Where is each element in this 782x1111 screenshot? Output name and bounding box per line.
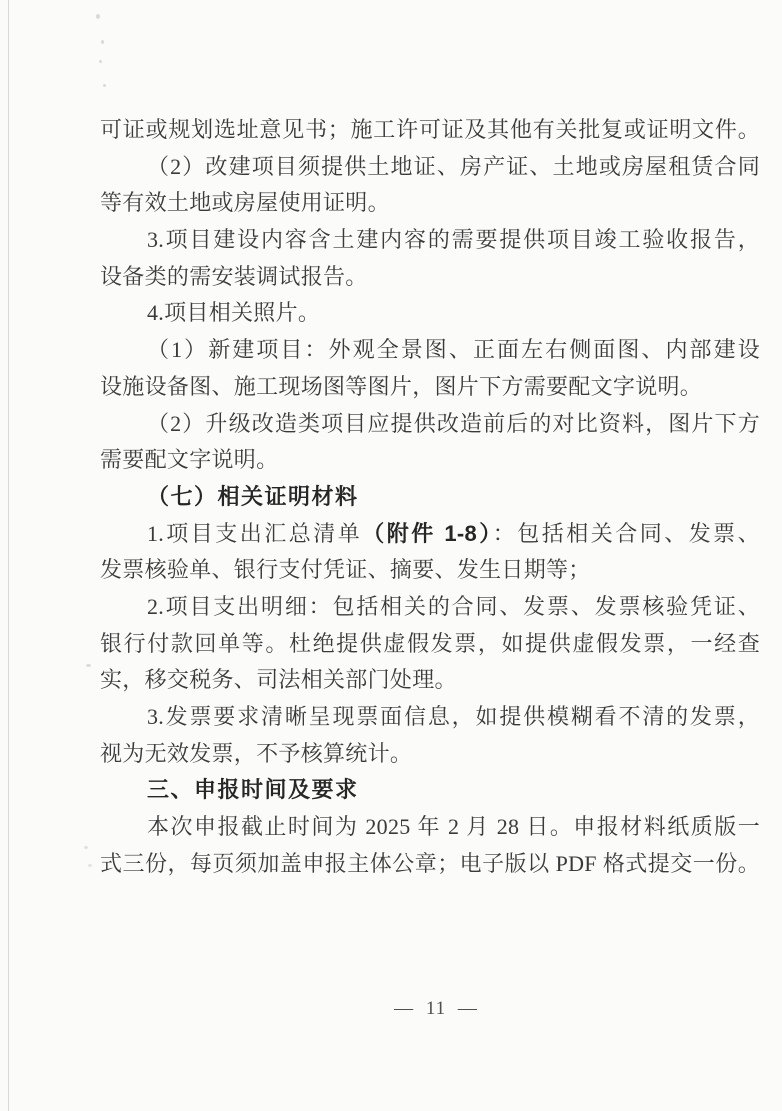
text-segment: 2.项目支出明细：包括相关的合同、发票、发票核验凭证、 bbox=[147, 594, 760, 619]
bold-text-segment: （七）相关证明材料 bbox=[147, 484, 359, 509]
scan-edge-artifact bbox=[8, 0, 9, 1111]
text-line: 本次申报截止时间为 2025 年 2 月 28 日。申报材料纸质版一 bbox=[100, 809, 760, 846]
text-segment: 等有效土地或房屋使用证明。 bbox=[100, 190, 390, 215]
text-segment: 可证或规划选址意见书；施工许可证及其他有关批复或证明文件。 bbox=[100, 117, 760, 142]
text-segment: 需要配文字说明。 bbox=[100, 447, 278, 472]
scan-speck bbox=[103, 84, 106, 87]
text-line: 3.项目建设内容含土建内容的需要提供项目竣工验收报告， bbox=[100, 222, 760, 259]
text-segment: 设施设备图、施工现场图等图片，图片下方需要配文字说明。 bbox=[100, 374, 702, 399]
text-segment: 3.发票要求清晰呈现票面信息，如提供模糊看不清的发票， bbox=[147, 704, 760, 729]
scan-speck bbox=[101, 40, 104, 44]
text-segment: 式三份，每页须加盖申报主体公章；电子版以 PDF 格式提交一份。 bbox=[100, 851, 760, 876]
text-segment: 4.项目相关照片。 bbox=[147, 300, 320, 325]
text-line: 设备类的需安装调试报告。 bbox=[100, 259, 760, 296]
text-line: 2.项目支出明细：包括相关的合同、发票、发票核验凭证、 bbox=[100, 589, 760, 626]
bold-text-segment: （附件 1-8） bbox=[362, 521, 492, 546]
text-segment: （2）改建项目须提供土地证、房产证、土地或房屋租赁合同 bbox=[147, 154, 760, 179]
bold-text-segment: 三、申报时间及要求 bbox=[147, 777, 359, 802]
text-line: 等有效土地或房屋使用证明。 bbox=[100, 185, 760, 222]
text-segment: 本次申报截止时间为 2025 年 2 月 28 日。申报材料纸质版一 bbox=[147, 814, 760, 839]
text-line: 可证或规划选址意见书；施工许可证及其他有关批复或证明文件。 bbox=[100, 112, 760, 149]
text-segment: 发票核验单、银行支付凭证、摘要、发生日期等； bbox=[100, 557, 591, 582]
document-body: 可证或规划选址意见书；施工许可证及其他有关批复或证明文件。（2）改建项目须提供土… bbox=[100, 112, 760, 882]
scan-speck bbox=[96, 14, 100, 19]
text-segment: 视为无效发票，不予核算统计。 bbox=[100, 741, 412, 766]
text-segment: 3.项目建设内容含土建内容的需要提供项目竣工验收报告， bbox=[147, 227, 760, 252]
text-line: 3.发票要求清晰呈现票面信息，如提供模糊看不清的发票， bbox=[100, 699, 760, 736]
page-number: — 11 — bbox=[394, 998, 478, 1019]
heading-line: （七）相关证明材料 bbox=[100, 479, 760, 516]
text-segment: （2）升级改造类项目应提供改造前后的对比资料，图片下方 bbox=[147, 411, 760, 436]
text-line: 实，移交税务、司法相关部门处理。 bbox=[100, 662, 760, 699]
text-line: 式三份，每页须加盖申报主体公章；电子版以 PDF 格式提交一份。 bbox=[100, 846, 760, 883]
text-line: （2）改建项目须提供土地证、房产证、土地或房屋租赁合同 bbox=[100, 149, 760, 186]
text-line: 设施设备图、施工现场图等图片，图片下方需要配文字说明。 bbox=[100, 369, 760, 406]
scan-speck bbox=[84, 846, 88, 849]
page-footer: — 11 — bbox=[106, 998, 766, 1020]
text-line: 银行付款回单等。杜绝提供虚假发票，如提供虚假发票，一经查 bbox=[100, 626, 760, 663]
text-line: （1）新建项目：外观全景图、正面左右侧面图、内部建设图、 bbox=[100, 332, 760, 369]
text-segment: 实，移交税务、司法相关部门处理。 bbox=[100, 667, 457, 692]
text-segment: 设备类的需安装调试报告。 bbox=[100, 264, 368, 289]
scan-speck bbox=[86, 664, 91, 667]
scan-speck bbox=[88, 864, 92, 867]
text-line: （2）升级改造类项目应提供改造前后的对比资料，图片下方 bbox=[100, 406, 760, 443]
text-line: 4.项目相关照片。 bbox=[100, 295, 760, 332]
document-page: 可证或规划选址意见书；施工许可证及其他有关批复或证明文件。（2）改建项目须提供土… bbox=[0, 0, 782, 1111]
text-line: 需要配文字说明。 bbox=[100, 442, 760, 479]
heading-line: 三、申报时间及要求 bbox=[100, 772, 760, 809]
text-line: 1.项目支出汇总清单（附件 1-8）：包括相关合同、发票、 bbox=[100, 516, 760, 553]
scan-speck bbox=[99, 60, 102, 63]
text-segment: 银行付款回单等。杜绝提供虚假发票，如提供虚假发票，一经查 bbox=[100, 631, 760, 656]
text-line: 视为无效发票，不予核算统计。 bbox=[100, 736, 760, 773]
text-line: 发票核验单、银行支付凭证、摘要、发生日期等； bbox=[100, 552, 760, 589]
text-segment: 1.项目支出汇总清单 bbox=[147, 521, 362, 546]
text-segment: （1）新建项目：外观全景图、正面左右侧面图、内部建设图、 bbox=[100, 337, 760, 369]
text-segment: ：包括相关合同、发票、 bbox=[493, 521, 760, 546]
